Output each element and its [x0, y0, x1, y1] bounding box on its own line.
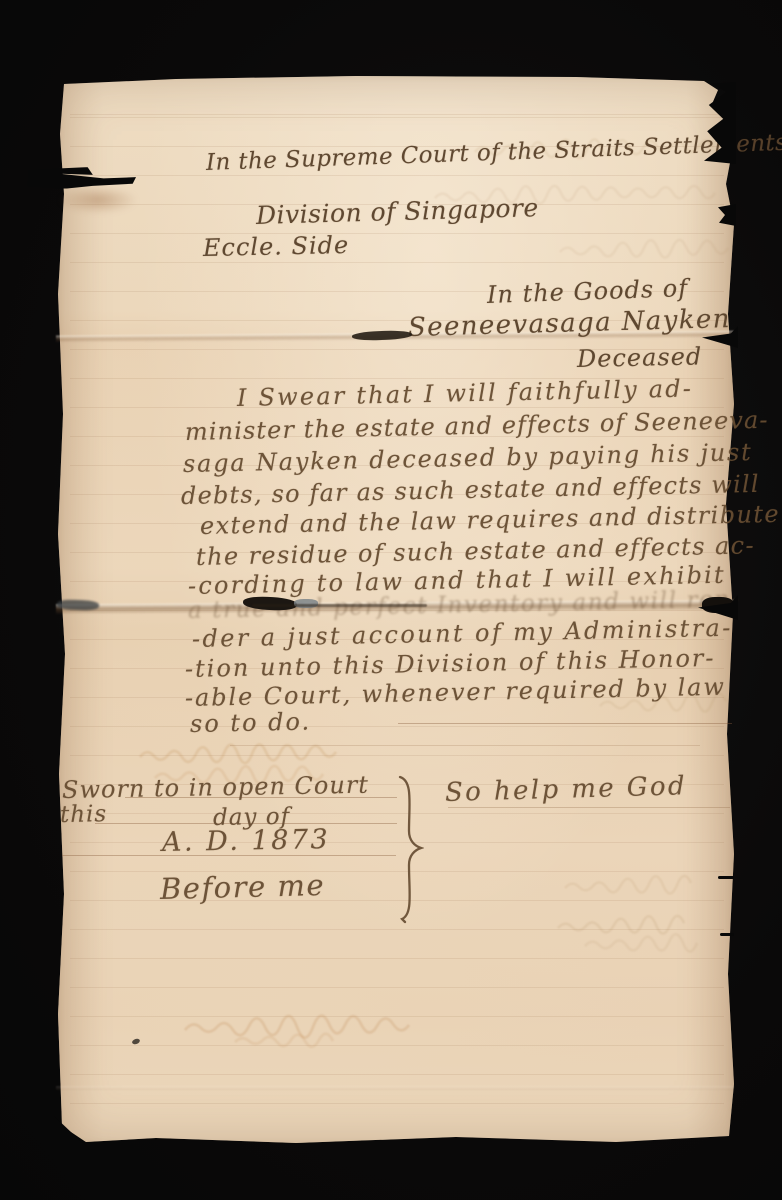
ecclesiastical-side-label: Eccle. Side [203, 231, 350, 262]
ruled-line [398, 723, 732, 724]
scanned-document-page: { "page": { "background_color": "#0a0909… [0, 0, 782, 1200]
jurat-brace [396, 774, 424, 928]
before-me-label: Before me [160, 868, 326, 906]
stain-under-tear [58, 186, 138, 214]
this-label: this [60, 801, 108, 828]
slit-right-1 [718, 876, 734, 879]
ruled-line [230, 745, 700, 746]
sworn-in-court-line: Sworn to in open Court [62, 771, 369, 804]
deceased-label: Deceased [577, 342, 703, 373]
date-line: A. D. 1873 [162, 824, 331, 858]
oath-line: so to do. [190, 707, 312, 738]
fold-crease-bottom-faint [56, 1086, 734, 1090]
ruled-line [448, 807, 730, 808]
slit-right-2 [720, 933, 734, 936]
ink-streak-crushed-line [252, 604, 427, 607]
